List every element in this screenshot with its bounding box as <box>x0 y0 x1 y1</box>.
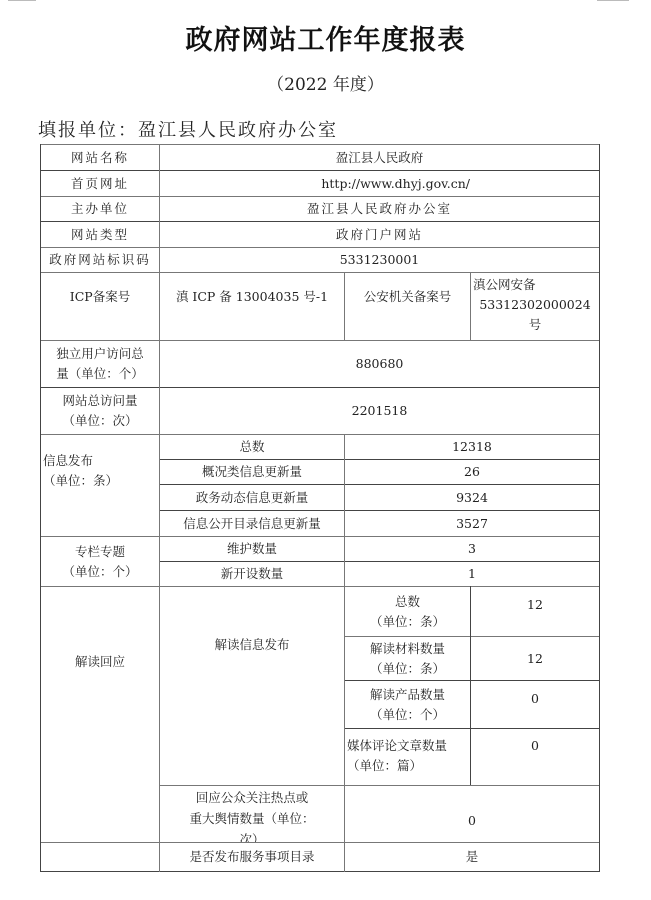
total-visits-value: 2201518 <box>160 388 599 434</box>
police-record-line2: 53312302000024 号 <box>473 295 597 335</box>
maintained-count-value: 3 <box>345 537 599 561</box>
site-id-code-value: 5331230001 <box>160 248 599 272</box>
icp-label: ICP备案号 <box>41 273 159 340</box>
homepage-url-link[interactable]: http://www.dhyj.gov.cn/ <box>321 174 470 194</box>
media-articles-label-line2: （单位：篇） <box>347 756 422 776</box>
homepage-url-label: 首页网址 <box>41 171 159 196</box>
interp-total-label-line1: 总数 <box>395 592 420 612</box>
interp-materials-label: 解读材料数量 （单位：条） <box>345 637 470 680</box>
media-articles-label: 媒体评论文章数量 （单位：篇） <box>345 729 470 785</box>
interp-total-label: 总数 （单位：条） <box>345 587 470 636</box>
interp-products-label: 解读产品数量 （单位：个） <box>345 681 470 728</box>
homepage-url-value: http://www.dhyj.gov.cn/ <box>160 171 470 196</box>
hotspot-response-label-line2: 重大舆情数量（单位： <box>189 808 314 829</box>
service-catalog-label: 是否发布服务事项目录 <box>160 843 344 871</box>
interp-products-label-line2: （单位：个） <box>370 705 445 725</box>
site-name-value: 盈江县人民政府 <box>160 145 599 170</box>
disclosure-catalog-update-value: 3527 <box>345 511 599 536</box>
gov-news-update-value: 9324 <box>345 485 599 510</box>
media-articles-label-line1: 媒体评论文章数量 <box>347 736 447 756</box>
interp-materials-label-line1: 解读材料数量 <box>370 639 445 659</box>
hotspot-response-label-line1: 回应公众关注热点或 <box>196 787 309 808</box>
gov-news-update-label: 政务动态信息更新量 <box>160 485 344 510</box>
special-columns-label-line2: （单位：个） <box>62 562 137 582</box>
overview-update-label: 概况类信息更新量 <box>160 460 344 484</box>
info-release-label: 信息发布 （单位：条） <box>41 435 159 536</box>
police-record-line1: 滇公网安备 <box>473 275 536 295</box>
unique-visitors-label-line1: 独立用户访问总 <box>56 344 144 364</box>
site-type-value: 政府门户网站 <box>160 222 599 247</box>
police-record-label: 公安机关备案号 <box>345 273 470 340</box>
icp-value: 滇 ICP 备 13004035 号-1 <box>160 273 344 340</box>
info-release-label-line1: 信息发布 <box>43 451 93 471</box>
unique-visitors-label: 独立用户访问总 量（单位：个） <box>41 341 159 387</box>
police-record-value: 滇公网安备 53312302000024 号 <box>471 273 599 340</box>
disclosure-catalog-update-label: 信息公开目录信息更新量 <box>160 511 344 536</box>
media-articles-value: 0 <box>471 729 599 785</box>
service-catalog-value: 是 <box>345 843 599 871</box>
new-opened-count-value: 1 <box>345 562 599 586</box>
sponsor-label: 主办单位 <box>41 197 159 221</box>
interp-products-value: 0 <box>471 681 599 728</box>
interp-materials-label-line2: （单位：条） <box>370 659 445 679</box>
sponsor-value: 盈江县人民政府办公室 <box>160 197 599 221</box>
site-name-label: 网站名称 <box>41 145 159 170</box>
total-visits-label-line1: 网站总访问量 <box>62 391 137 411</box>
new-opened-count-label: 新开设数量 <box>160 562 344 586</box>
report-table: 网站名称 盈江县人民政府 首页网址 http://www.dhyj.gov.cn… <box>0 0 651 900</box>
info-release-total-label: 总数 <box>160 435 344 459</box>
special-columns-label-line1: 专栏专题 <box>75 542 125 562</box>
hotspot-response-label-line3: 次） <box>239 829 264 842</box>
interp-total-label-line2: （单位：条） <box>370 612 445 632</box>
interp-materials-value: 12 <box>471 637 599 680</box>
info-release-label-line2: （单位：条） <box>43 471 118 491</box>
info-release-total-value: 12318 <box>345 435 599 459</box>
maintained-count-label: 维护数量 <box>160 537 344 561</box>
total-visits-label: 网站总访问量 （单位：次） <box>41 388 159 434</box>
total-visits-label-line2: （单位：次） <box>62 411 137 431</box>
site-type-label: 网站类型 <box>41 222 159 247</box>
unique-visitors-label-line2: 量（单位：个） <box>56 364 144 384</box>
site-id-code-label: 政府网站标识码 <box>41 248 159 272</box>
interp-products-label-line1: 解读产品数量 <box>370 685 445 705</box>
interpretation-response-label: 解读回应 <box>41 587 159 737</box>
interp-total-value: 12 <box>471 587 599 636</box>
overview-update-value: 26 <box>345 460 599 484</box>
unique-visitors-value: 880680 <box>160 341 599 387</box>
interpretation-release-label: 解读信息发布 <box>160 587 344 785</box>
hotspot-response-label: 回应公众关注热点或 重大舆情数量（单位： 次） <box>160 786 344 842</box>
hotspot-response-value: 0 <box>345 786 599 842</box>
special-columns-label: 专栏专题 （单位：个） <box>41 537 159 586</box>
